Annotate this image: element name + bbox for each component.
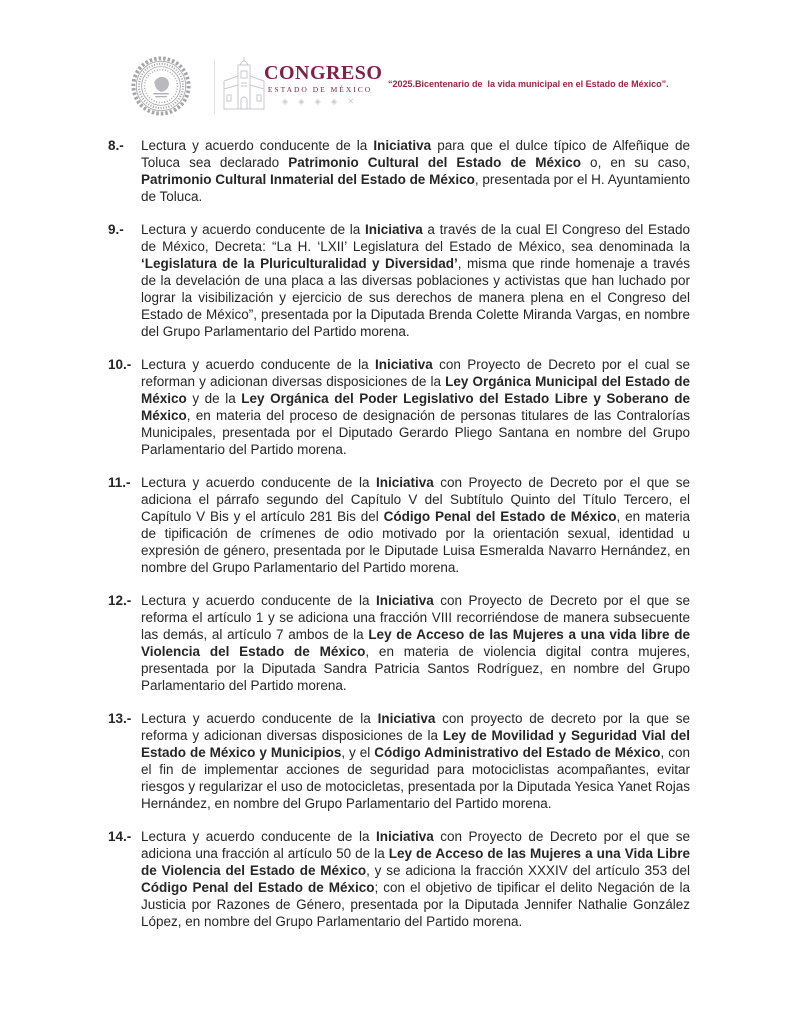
item-number: 14.- — [108, 828, 141, 930]
congress-building-icon — [221, 55, 267, 115]
agenda-list: 8.- Lectura y acuerdo conducente de la I… — [108, 137, 690, 946]
agenda-item: 8.- Lectura y acuerdo conducente de la I… — [108, 137, 690, 205]
congress-wordmark: CONGRESO ESTADO DE MÉXICO ◈ ◈ ◈ ◈ ✕ — [264, 62, 376, 106]
agenda-item: 10.- Lectura y acuerdo conducente de la … — [108, 356, 690, 458]
decorative-glyphs-icon: ◈ ◈ ◈ ◈ ✕ — [264, 97, 376, 106]
item-text: Lectura y acuerdo conducente de la Inici… — [141, 592, 690, 694]
congress-subtitle: ESTADO DE MÉXICO — [264, 85, 376, 94]
item-number: 10.- — [108, 356, 141, 458]
item-text: Lectura y acuerdo conducente de la Inici… — [141, 221, 690, 340]
item-number: 11.- — [108, 474, 141, 576]
agenda-item: 11.- Lectura y acuerdo conducente de la … — [108, 474, 690, 576]
item-text: Lectura y acuerdo conducente de la Inici… — [141, 474, 690, 576]
agenda-item: 12.- Lectura y acuerdo conducente de la … — [108, 592, 690, 694]
item-number: 12.- — [108, 592, 141, 694]
document-page: CONGRESO ESTADO DE MÉXICO ◈ ◈ ◈ ◈ ✕ “202… — [0, 0, 791, 1024]
state-seal-icon — [127, 55, 195, 117]
congress-title: CONGRESO — [264, 62, 376, 84]
item-text: Lectura y acuerdo conducente de la Inici… — [141, 828, 690, 930]
agenda-item: 14.- Lectura y acuerdo conducente de la … — [108, 828, 690, 930]
agenda-item: 9.- Lectura y acuerdo conducente de la I… — [108, 221, 690, 340]
item-text: Lectura y acuerdo conducente de la Inici… — [141, 137, 690, 205]
item-number: 8.- — [108, 137, 141, 205]
item-number: 13.- — [108, 710, 141, 812]
agenda-item: 13.- Lectura y acuerdo conducente de la … — [108, 710, 690, 812]
motto-text: “2025.Bicentenario de la vida municipal … — [388, 79, 678, 89]
item-text: Lectura y acuerdo conducente de la Inici… — [141, 710, 690, 812]
item-text: Lectura y acuerdo conducente de la Inici… — [141, 356, 690, 458]
item-number: 9.- — [108, 221, 141, 340]
header-divider — [214, 60, 215, 114]
